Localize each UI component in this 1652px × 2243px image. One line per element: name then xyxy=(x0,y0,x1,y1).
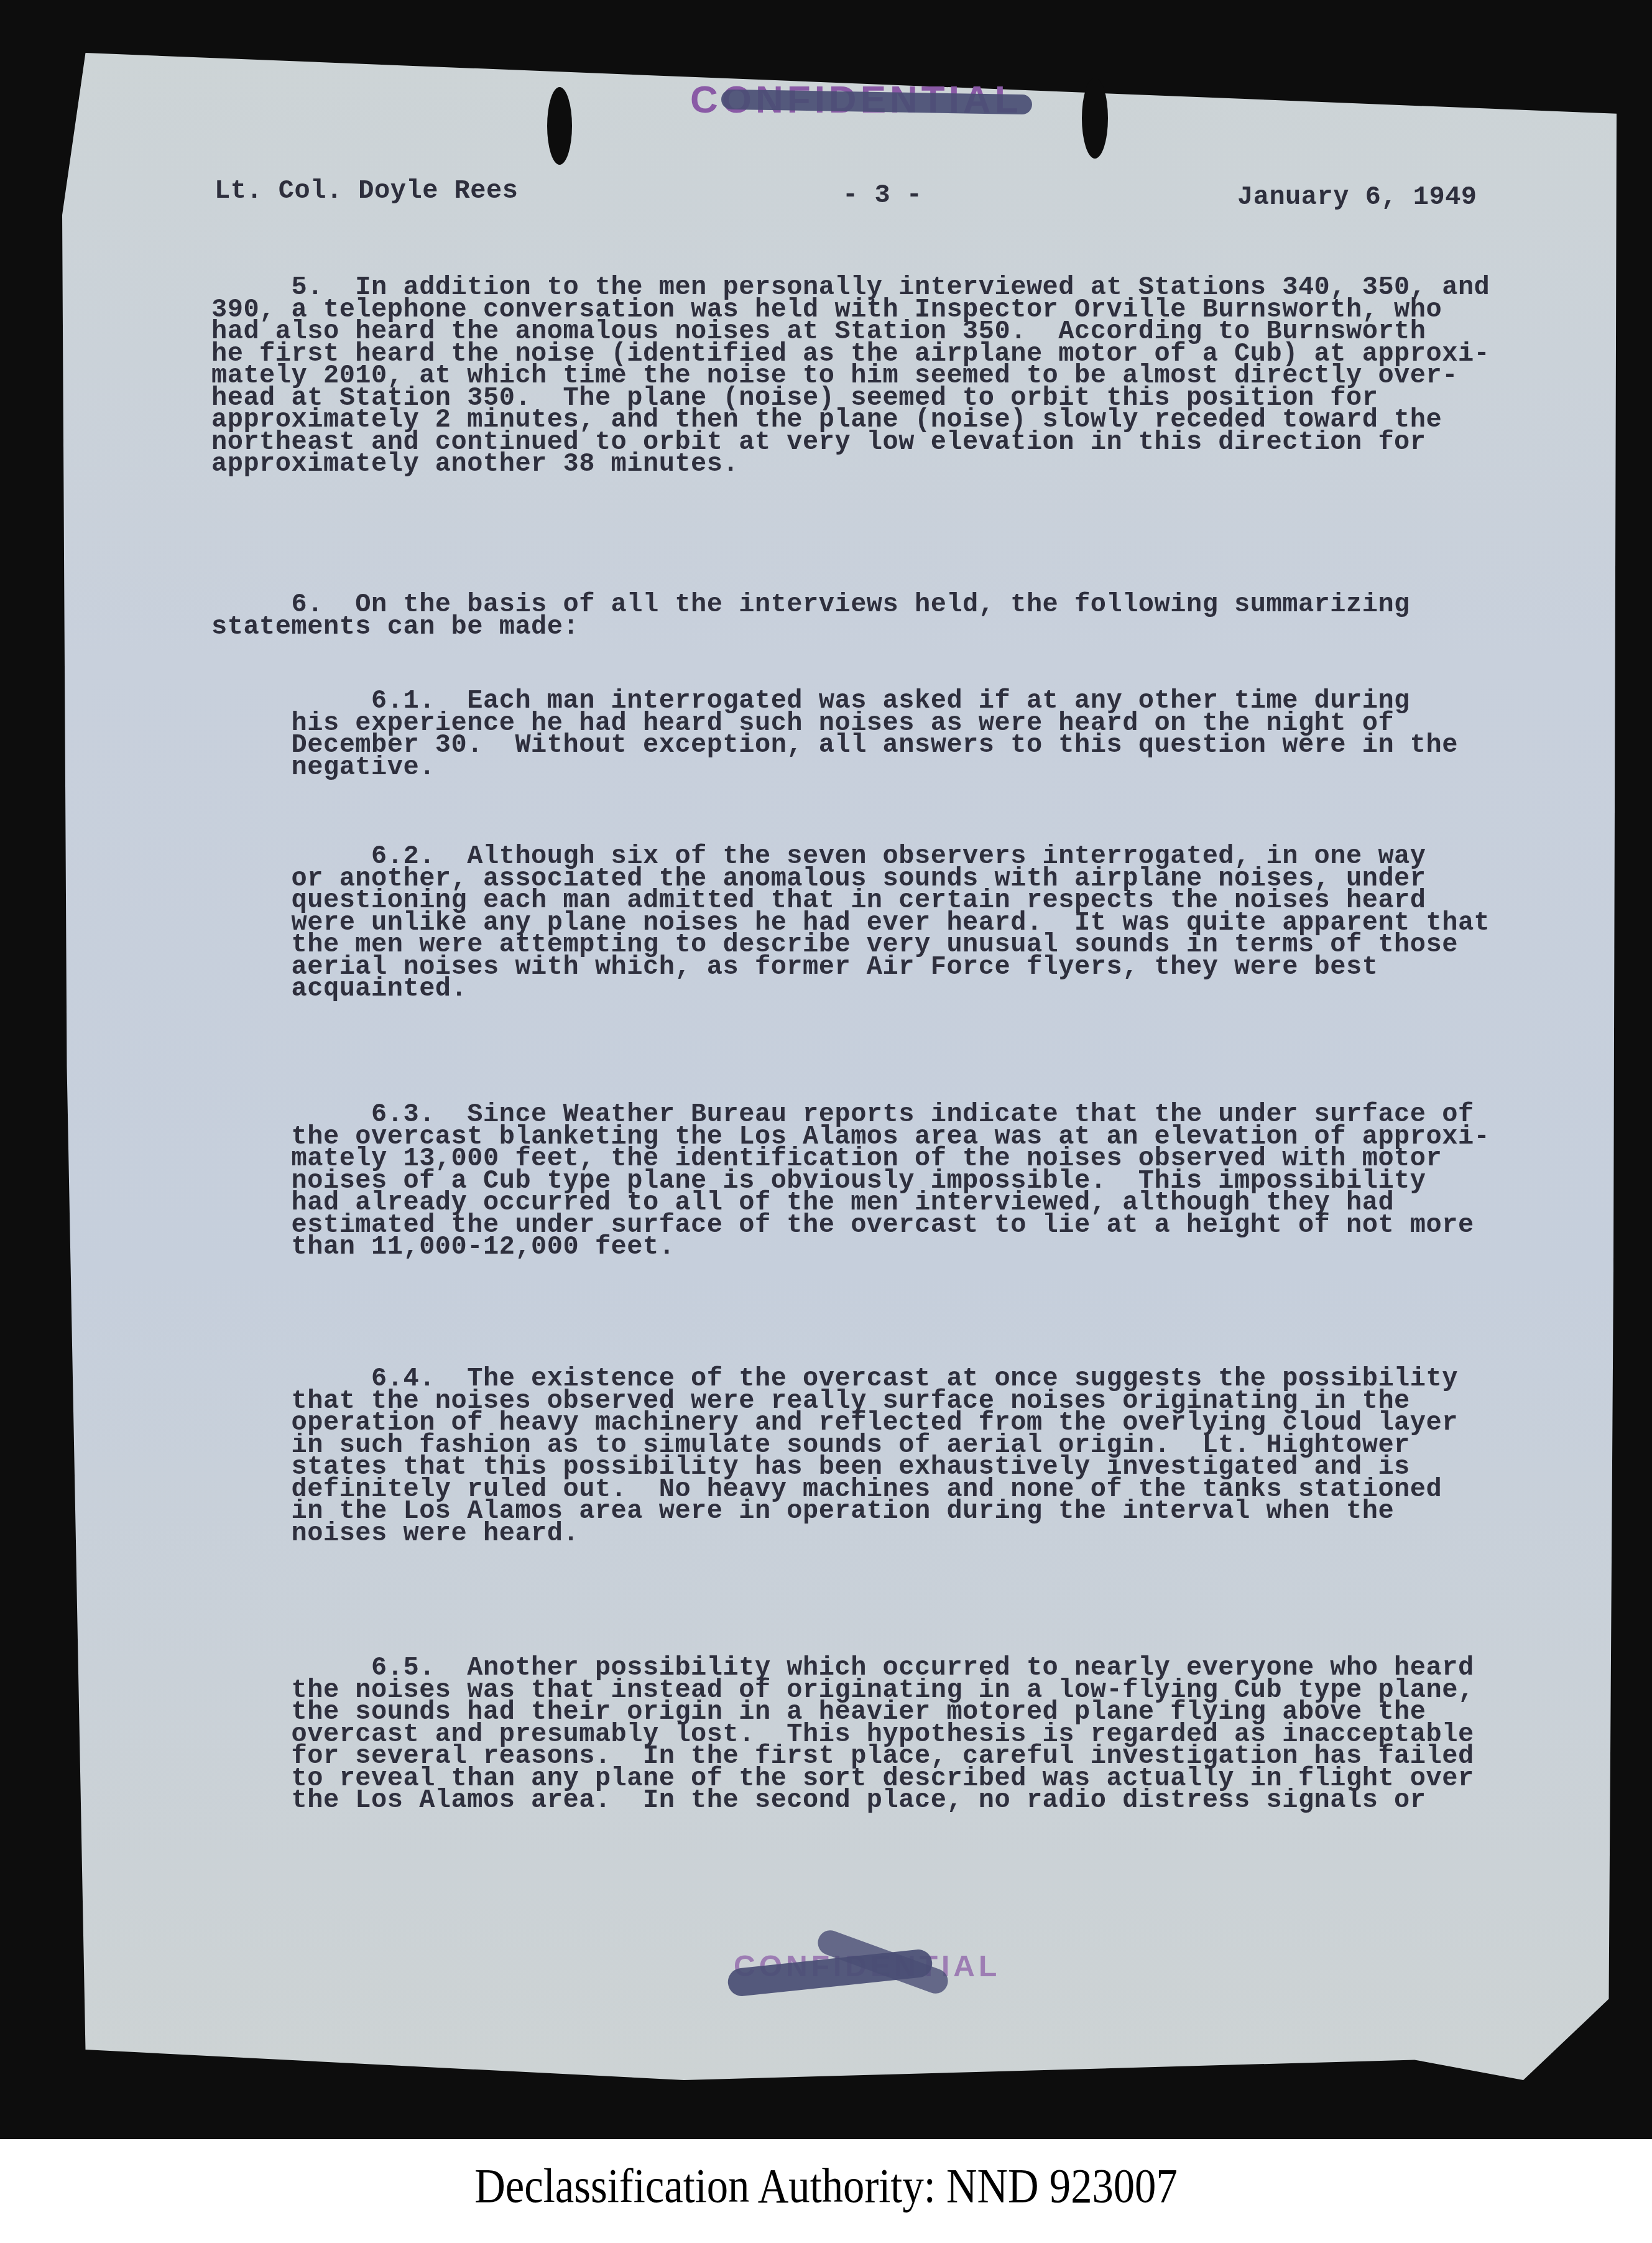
line: noises were heard. xyxy=(211,1523,1458,1545)
paragraph-6-2: 6.2. Although six of the seven observers… xyxy=(211,846,1490,1001)
paragraph-6-1: 6.1. Each man interrogated was asked if … xyxy=(211,690,1458,779)
header-addressee: Lt. Col. Doyle Rees xyxy=(215,180,518,203)
punch-hole-right xyxy=(1082,78,1108,159)
paragraph-6: 6. On the basis of all the interviews he… xyxy=(211,594,1410,638)
line: the Los Alamos area. In the second place… xyxy=(211,1790,1474,1812)
line: acquainted. xyxy=(211,978,1490,1001)
line: negative. xyxy=(211,757,1458,779)
header-page-number: - 3 - xyxy=(842,185,923,207)
declassification-footer: Declassification Authority: NND 923007 xyxy=(99,2158,1553,2214)
header-date: January 6, 1949 xyxy=(1237,187,1477,209)
paragraph-6-4: 6.4. The existence of the overcast at on… xyxy=(211,1368,1458,1545)
line: approximately another 38 minutes. xyxy=(211,453,1490,476)
paragraph-6-3: 6.3. Since Weather Bureau reports indica… xyxy=(211,1104,1490,1259)
paragraph-5: 5. In addition to the men personally int… xyxy=(211,277,1490,476)
paragraph-6-5: 6.5. Another possibility which occurred … xyxy=(211,1657,1474,1812)
line: than 11,000-12,000 feet. xyxy=(211,1236,1490,1259)
punch-hole-left xyxy=(547,87,572,165)
line: statements can be made: xyxy=(211,616,1410,639)
